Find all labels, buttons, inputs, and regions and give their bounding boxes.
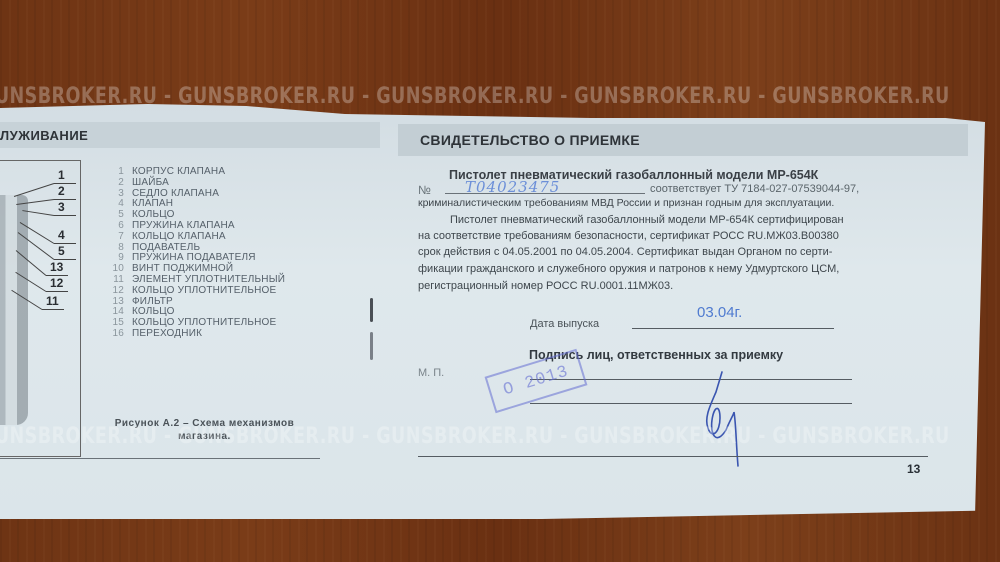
diagram-callout-label: 4 — [58, 228, 65, 242]
left-page-rule — [0, 458, 320, 459]
part-label: КОЛЬЦО УПЛОТНИТЕЛЬНОЕ — [132, 286, 276, 297]
part-label: ШАЙБА — [132, 178, 169, 189]
right-section-title: СВИДЕТЕЛЬСТВО О ПРИЕМКЕ — [420, 132, 640, 148]
diagram-callout-label: 1 — [58, 168, 65, 182]
release-date-line — [632, 328, 834, 329]
parts-list-item: 12КОЛЬЦО УПЛОТНИТЕЛЬНОЕ — [110, 286, 285, 297]
diagram-callout-label: 13 — [50, 260, 63, 274]
part-label: ПЕРЕХОДНИК — [132, 329, 202, 340]
cert-line: регистрационный номер РОСС RU.0001.11МЖ0… — [418, 280, 673, 292]
parts-list: 1КОРПУС КЛАПАНА2ШАЙБА3СЕДЛО КЛАПАНА4КЛАП… — [110, 167, 285, 340]
part-number: 16 — [110, 329, 124, 340]
compliance-line-1: соответствует ТУ 7184-027-07539044-97, — [650, 183, 859, 195]
diagram-callout-label: 2 — [58, 184, 65, 198]
stamp-place-label: М. П. — [418, 367, 444, 379]
parts-list-item: 7КОЛЬЦО КЛАПАНА — [110, 232, 285, 243]
serial-number-handwritten: Т04023475 — [465, 178, 560, 196]
release-date-handwritten: 03.04г. — [697, 304, 742, 321]
diagram-callout-label: 3 — [58, 200, 65, 214]
diagram-callout-label: 5 — [58, 244, 65, 258]
callout-underline — [42, 309, 64, 310]
magazine-diagram-illustration — [0, 195, 28, 425]
cert-line: Пистолет пневматический газобаллонный мо… — [450, 214, 844, 226]
diagram-callout-label: 12 — [50, 276, 63, 290]
callout-underline — [54, 215, 76, 216]
parts-list-item: 2ШАЙБА — [110, 178, 285, 189]
right-page-rule — [418, 456, 928, 457]
watermark-top: GUNSBROKER.RU - GUNSBROKER.RU - GUNSBROK… — [0, 84, 950, 109]
release-date-label: Дата выпуска — [530, 318, 599, 330]
page-number: 13 — [907, 462, 920, 476]
cert-line: на соответствие требованиям безопасности… — [418, 230, 839, 242]
part-number: 2 — [110, 178, 124, 189]
diagram-callout-label: 11 — [46, 294, 59, 308]
part-number: 7 — [110, 232, 124, 243]
left-section-title: ЛУЖИВАНИЕ — [0, 128, 88, 143]
serial-number-label: № — [418, 183, 431, 197]
cert-line: срок действия с 04.05.2001 по 04.05.2004… — [418, 246, 832, 258]
staple-bottom — [370, 332, 373, 360]
watermark-bottom: GUNSBROKER.RU - GUNSBROKER.RU - GUNSBROK… — [0, 424, 950, 449]
parts-list-item: 16ПЕРЕХОДНИК — [110, 329, 285, 340]
cert-line: фикации гражданского и служебного оружия… — [418, 263, 839, 275]
compliance-line-2: криминалистическим требованиям МВД Росси… — [418, 197, 834, 209]
callout-underline — [46, 291, 68, 292]
staple-top — [370, 298, 373, 322]
part-number: 12 — [110, 286, 124, 297]
part-label: КОЛЬЦО КЛАПАНА — [132, 232, 226, 243]
